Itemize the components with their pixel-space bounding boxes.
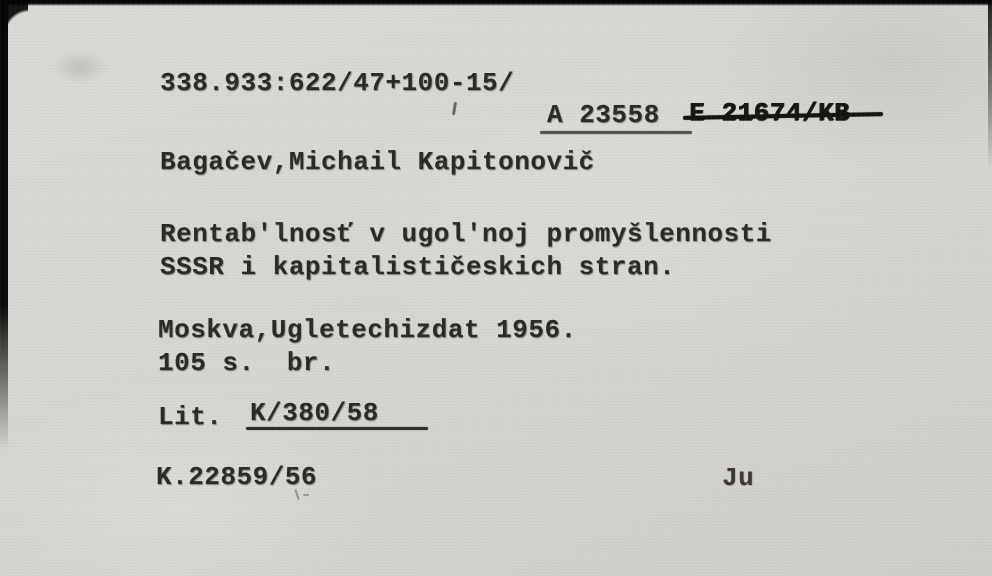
- literature-label: Lit.: [158, 402, 222, 432]
- classification-number: 338.933:622/47+100-15/: [160, 68, 514, 98]
- author-heading: Bagačev,Michail Kapitonovič: [160, 147, 595, 177]
- order-number: K.22859/56: [156, 462, 317, 492]
- typewritten-content: 338.933:622/47+100-15/ A 23558 E 21674/K…: [0, 0, 992, 576]
- title-line-2: SSSR i kapitalističeskich stran.: [160, 252, 675, 282]
- literature-number-underline: [246, 427, 428, 430]
- title-line-1: Rentab'lnosť v ugol'noj promyšlennosti: [160, 219, 772, 249]
- shelf-number: A 23558: [547, 100, 660, 130]
- literature-number: K/380/58: [250, 398, 379, 428]
- cataloguer-initials: Ju: [722, 463, 754, 493]
- catalog-card-scan: 338.933:622/47+100-15/ A 23558 E 21674/K…: [0, 0, 992, 576]
- collation-line: 105 s. br.: [158, 348, 335, 378]
- imprint-line: Moskva,Ugletechizdat 1956.: [158, 315, 577, 345]
- shelf-number-underline: [540, 131, 692, 134]
